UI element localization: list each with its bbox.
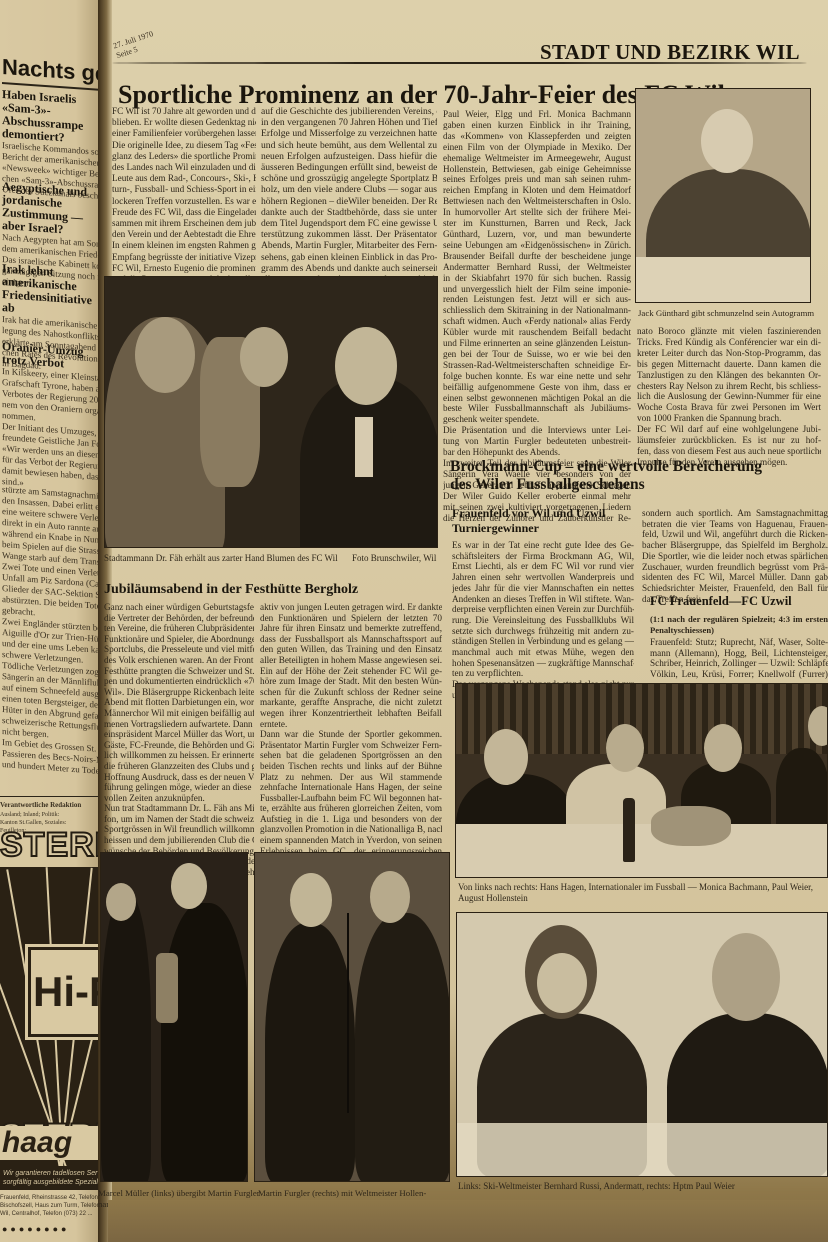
text-line: einen selbst gewonnenen mächtigen Pokal …	[443, 393, 631, 404]
text-line: in den vergangenen 70 Jahren Höhen und T…	[261, 117, 437, 128]
desk-surface	[108, 1200, 828, 1242]
text-line: sammen mit ihrem Erscheinen dem jubilier…	[112, 218, 256, 229]
text-line: Bettwiesen nach den Weltmeisterschaften …	[443, 196, 631, 207]
text-line: Tanzlustigen zu den Klängen des bekannte…	[637, 370, 821, 381]
text-line: Brausender Beifall durfte der bescheiden…	[443, 251, 631, 262]
text-line: Dann war die Stunde der Sportler gekomme…	[260, 729, 442, 740]
text-line: einspräsident Marcel Müller das Wort, um…	[104, 729, 254, 740]
caption-line: Von links nach rechts: Hans Hagen, Inter…	[458, 882, 813, 893]
text-line: folge buchen konnte. Es war eine nette u…	[443, 371, 631, 382]
news-headline: Aegyptische und jordanische Zustimmung —…	[2, 180, 106, 239]
text-line: zehnfache Internationale Hans Hagen, der…	[260, 782, 442, 793]
ad-stereo-top: STEREO	[0, 826, 100, 865]
text-line: ten zu verpflichten.	[452, 668, 634, 679]
text-line: chesters Ray Nelson zu ihrem Recht, bis …	[637, 381, 821, 392]
text-line: blieben. Er wollte diesen Gedenktag nich…	[112, 117, 256, 128]
photo-russi-weier	[456, 912, 828, 1177]
lead-column-4: nato Boroco glänzte mit vielen faszinier…	[637, 326, 821, 468]
text-line: beiden Tischen rechts und links auf der …	[260, 761, 442, 772]
text-line: ten Vereine, die früheren Clubpräsidente…	[104, 623, 254, 634]
text-line: fon, um im Namen der Stadt die schweizer…	[104, 814, 254, 825]
text-line: Schriber, Heinrich, Zollinger — Uzwil: S…	[650, 658, 828, 669]
text-line: erntete.	[260, 719, 442, 730]
text-line: höre zum Image der Stadt. Mit den besten…	[260, 676, 442, 687]
ad-address: Wil, Centralhof, Telefon (073) 22 ...	[0, 1210, 107, 1218]
text-line: Funktionäre und Spieler, die Abordnungen…	[104, 634, 254, 645]
caption-line: Marcel Müller (links) übergibt Martin Fu…	[98, 1188, 260, 1199]
text-line: Ganz nach einer würdigen Geburtstagsfeie…	[104, 602, 254, 613]
text-line: gramm des Abends und dankte auch seiners…	[261, 263, 437, 274]
text-line: aller Beteiligten in hohem Masse angewie…	[260, 655, 442, 666]
text-line: Platz zu nehmen. Der aus Wil stammende	[260, 772, 442, 783]
text-line: schöne und grosszügig angelegte Sportpla…	[261, 173, 437, 184]
text-line: Männerchor Wil mit einigen beifällig auf…	[104, 708, 254, 719]
brockmann-headline: Brockmann-Cup – eine wertvolle Bereicher…	[450, 458, 762, 494]
text-line: Hollenstein, Bettwiesen, gab einige Gehe…	[443, 164, 631, 175]
text-line: FC Wil, Ernesto Eugenio die prominenten …	[112, 263, 256, 274]
text-line: Andermatter Bernhard Russi, der Weltmeis…	[443, 262, 631, 273]
text-line: Tricks. Fred Kündig als Conférencier war…	[637, 337, 821, 348]
photo-credit: Foto Brunschwiler, Wil	[352, 553, 436, 564]
text-line: markante, geraffte Ansprache, die nicht …	[260, 697, 442, 708]
text-line: führung gelingen möge, wieder an diese e…	[104, 782, 254, 793]
match-title: FC Frauenfeld—FC Uzwil	[650, 594, 792, 609]
caption-guenthard: Jack Günthard gibt schmunzelnd sein Auto…	[638, 308, 814, 319]
text-line: Völkin, Leu, Krüsi, Forrer; Knellwolf (F…	[650, 669, 828, 680]
text-line: Ein auf der Höhe der Zeit stehender FC W…	[260, 666, 442, 677]
text-line: seine Uebungen am «Eidgenössischen» in Z…	[443, 240, 631, 251]
hifi-advertisement: STEREO Hi-Fi STEREO haag Wir garantieren…	[0, 826, 100, 1236]
text-line: Der FC Wil darf auf eine wohlgelungene J…	[637, 424, 821, 435]
text-line: aktiv von jungen Leuten getragen wird. E…	[260, 602, 442, 613]
text-line: Erfolge und Misserfolge zu verzeichnen h…	[261, 128, 437, 139]
text-line: Sportclubs, die Presseleute und viel mit…	[104, 644, 254, 655]
caption-russi-weier: Links: Ski-Weltmeister Bernhard Russi, A…	[458, 1181, 735, 1192]
ad-dots-decoration: ●●●●●●●●	[2, 1224, 70, 1234]
text-line: Die originelle Idee, zu diesem Tag «Fest…	[112, 140, 256, 151]
text-line: neuen Erfolgen aufzusteigen. Dass hiefür…	[261, 151, 437, 162]
text-line: schaft widmen. Auch «Ferdy national» ali…	[443, 316, 631, 327]
text-line: den Verein und der Aebtestadt die Ehre e…	[112, 229, 256, 240]
ad-slogan: Wir garantieren tadellosen Service sorgf…	[0, 1166, 100, 1190]
text-line: einem spannenden Match in Yverdon, von s…	[260, 835, 442, 846]
text-line: das «Kommen» von Klassepferden und zeigt…	[443, 131, 631, 142]
text-line: terstützung zukommen lässt. Der Präsenta…	[261, 229, 437, 240]
caption-flowers: Stadtammann Dr. Fäh erhält aus zarter Ha…	[104, 553, 338, 564]
ad-slogan-line: sorgfältig ausgebildete Spezialisten	[3, 1178, 97, 1187]
text-line: Andenken an dieses Treffen in Wil stifte…	[452, 594, 634, 605]
text-line: gen bei der Tour de Suisse, wo er wie be…	[443, 349, 631, 360]
text-line: sehens, gab einen kleinen Einblick in da…	[261, 252, 437, 263]
text-line: des Landes nach Wil einzuladen und die	[112, 162, 256, 173]
text-line: tung von Martin Furgler bedeuteten unbes…	[443, 436, 631, 447]
photo-guenthard-autograph	[635, 88, 811, 303]
text-line: sehen bat die geladenen Sportgrössen an …	[260, 750, 442, 761]
text-line: pen und dokumentierten eindrücklich «70 …	[104, 676, 254, 687]
subhead-line: Turniergewinner	[452, 521, 605, 536]
text-line: Die Präsentation und die Interviews unte…	[443, 425, 631, 436]
text-line: von 1000 Franken die Spannung brach.	[637, 413, 821, 424]
text-line: läumsfeier zurückblicken. Es ist nur zu …	[637, 435, 821, 446]
text-line: den Funktionären und Spielern der letzte…	[260, 613, 442, 624]
text-line: holz, um den viele andere Clubs — sogar …	[261, 184, 437, 195]
text-line: den guten Willen, das Training und den E…	[260, 644, 442, 655]
text-line: Gäste, FC-Freunde, die Behörden und Gäst…	[104, 740, 254, 751]
text-line: sondern auch sportlich. Am Samstagnachmi…	[642, 508, 828, 519]
ad-address: Frauenfeld, Rheinstrasse 42, Telefon ...	[0, 1194, 107, 1202]
text-line: lich die Auslosung der Gewinn-Nummer für…	[637, 391, 821, 402]
text-line: Strassen-Rad-Weltmeisterschaften schneid…	[443, 360, 631, 371]
text-line: Präsentator Martin Furgler vom Schweizer…	[260, 740, 442, 751]
text-line: in der Skiabfahrt 1970 für sich buchen. …	[443, 273, 631, 284]
text-line: Penaltyschiessen)	[650, 625, 828, 636]
text-line: (1:1 nach der regulären Spielzeit; 4:3 i…	[650, 614, 828, 625]
headline-line: Brockmann-Cup – eine wertvolle Bereicher…	[450, 458, 762, 476]
text-line: Die Sportler, wie die leider noch etwas …	[642, 551, 828, 562]
left-page-content: Nachts gemeldet Haben Israelis «Sam-3»-A…	[2, 0, 102, 7]
news-headline: Irak lehnt amerikanische Friedensinitiat…	[2, 262, 106, 321]
text-line: vollen Zeiten anzuknüpfen.	[104, 793, 254, 804]
text-line: betraten die vier Teams von Haguenau, Fr…	[642, 519, 828, 530]
text-line: gaben einen kurzen Einblick in ihr Train…	[443, 120, 631, 131]
text-line: Fussballer-Laufbahn beim FC Wil begonnen…	[260, 793, 442, 804]
brockmann-column-1: Es war in der Tat eine recht gute Idee d…	[452, 540, 634, 701]
text-line: mann (Allemann), Hogg, Beil, Lichtenstei…	[650, 648, 828, 659]
text-line: die Vertreter der Behörden, der befreund…	[104, 613, 254, 624]
text-line: äusseren Bedingungen erfüllt sind, bewei…	[261, 162, 437, 173]
text-line: Hoffnung Ausdruck, dass es der neuen Ver…	[104, 772, 254, 783]
text-line: bar den Höhepunkt des Abends.	[443, 447, 631, 458]
text-line: jedes Jahr für die vier Mannschaften ein…	[452, 583, 634, 594]
ad-brand: haag	[0, 1126, 100, 1160]
text-line: Nun trat Stadtammann Dr. L. Fäh ans Mikr…	[104, 803, 254, 814]
text-line: nato Boroco glänzte mit vielen faszinier…	[637, 326, 821, 337]
text-line: heissen und dem jubilierenden Club die G…	[104, 835, 254, 846]
ad-addresses: Frauenfeld, Rheinstrasse 42, Telefon ...…	[0, 1194, 107, 1218]
text-line: glanz des Leders» die sportliche Promine…	[112, 151, 256, 162]
text-line: auf die Geschichte des jubilierenden Ver…	[261, 106, 437, 117]
caption-line: Martin Furgler (rechts) mit Weltmeister …	[258, 1188, 426, 1199]
text-line: beste Wiler Fussballmannschaft als Jubil…	[443, 403, 631, 414]
imprint-line: Ausland; Inland; Politik:	[0, 811, 104, 819]
text-line: setzte sich durchwegs frühzeitig mit and…	[452, 626, 634, 637]
text-line: einer Familienfeier vorübergehen lassen.	[112, 128, 256, 139]
text-line: lich willkommen zu heissen. Er erinnerte…	[104, 750, 254, 761]
text-line: Empfang begrüsste der initiative Vizeprä…	[112, 252, 256, 263]
text-line: In einem kleinen im engsten Rahmen gehal…	[112, 240, 256, 251]
ad-slogan-line: Wir garantieren tadellosen Service	[3, 1169, 97, 1178]
text-line: rung. Die Vereinsleitung des Fussballklu…	[452, 615, 634, 626]
text-line: Ernst Liechti, als er dem FC Wil vor run…	[452, 561, 634, 572]
text-line: kreter Leiter durch das Non-Stop-Program…	[637, 348, 821, 359]
text-line: Jahre für ihren Einsatz und bemerkte zut…	[260, 623, 442, 634]
lead-column-1: FC Wil ist 70 Jahre alt geworden und doc…	[112, 106, 256, 296]
section-rule	[112, 62, 807, 64]
text-line: ständigen Stellen in Verbindung und es g…	[452, 636, 634, 647]
text-line: Wil». Die Bläsergruppe Rickenbach leitet…	[104, 687, 254, 698]
text-line: lockeren Treffen vorzustellen. Es war ei…	[112, 196, 256, 207]
headline-line: des Wiler Fussballgeschehens	[450, 476, 762, 494]
lead-column-2: auf die Geschichte des jubilierenden Ver…	[261, 106, 437, 296]
photo-furgler-hollenstein	[254, 852, 450, 1182]
text-line: Schiedsrichter Meister, Frauenfeld, den …	[642, 583, 828, 594]
text-line: ehemalige Weltmeister im Armeegewehr, Au…	[443, 153, 631, 164]
text-line: seines Erfolges preis und man sah seinen…	[443, 174, 631, 185]
text-line: Günthard, Luzern, vor, und man bewundert…	[443, 229, 631, 240]
news-headline: Haben Israelis «Sam-3»-Abschussrampe dem…	[2, 88, 106, 147]
text-line: derpreise verpflichten einen Verein zur …	[452, 604, 634, 615]
photo-guests-table	[455, 683, 828, 878]
ad-hifi-box: Hi-Fi	[28, 947, 100, 1037]
jubilee-column-1: Ganz nach einer würdigen Geburtstagsfeie…	[104, 602, 254, 877]
news-item-oranier: Oranier-Umzug trotz Verbot In Kilskeery,…	[2, 340, 106, 494]
photo-mueller-trophy	[100, 852, 248, 1182]
text-line: die früheren Glanzzeiten des Clubs und g…	[104, 761, 254, 772]
text-line: In humorvoller Art stellte sich der früh…	[443, 207, 631, 218]
ad-hifi-label: Hi-Fi	[33, 968, 100, 1016]
subhead-line: Frauenfeld vor Wil und Uzwil	[452, 506, 605, 521]
text-line: glanzvollen Promotion in die Nationallig…	[260, 824, 442, 835]
text-line: Abends, Martin Furgler, Mitarbeiter des …	[261, 240, 437, 251]
text-line: und unvergesslich hielt der Film seine i…	[443, 284, 631, 295]
text-line: renden Leistungen fest. Jetzt will er si…	[443, 294, 631, 305]
text-line: reichen Empfang in Kloten und dem Heimat…	[443, 185, 631, 196]
jubilee-headline: Jubiläumsabend in der Festhütte Bergholz	[104, 582, 358, 598]
text-line: hohen Spesenansätzen — zugkräftige Manns…	[452, 658, 634, 669]
photo-flowers-handover	[104, 276, 438, 548]
brockmann-column-2: sondern auch sportlich. Am Samstagnachmi…	[642, 508, 828, 604]
caption-line: August Hollenstein	[458, 893, 813, 904]
text-line: fen, dass von diesem Fest aus auch neue …	[637, 446, 821, 457]
text-line: dem Titel Jugendsport dem FC eine gewiss…	[261, 218, 437, 229]
text-line: Abend mit flotten Darbietungen ein, wora…	[104, 697, 254, 708]
text-line: Sportgrössen in Wil freundlich willkomme…	[104, 824, 254, 835]
text-line: Freude des FC Wil, dass die Eingeladenen…	[112, 207, 256, 218]
text-line: wegen ihrer Konzentriertheit lebhaften B…	[260, 708, 442, 719]
text-line: Aufstieg in die 1. Liga und besonders vo…	[260, 814, 442, 825]
text-line: sidenten des FC Wil, Marcel Müller. Dann…	[642, 572, 828, 583]
brockmann-subhead: Frauenfeld vor Wil und Uzwil Turniergewi…	[452, 506, 605, 536]
text-line: Zuschauer, wurden freundlich begrüsst vo…	[642, 562, 828, 573]
text-line: dankte auch der Stadtbehörde, dass sie u…	[261, 207, 437, 218]
text-line: dass der Fussballsport als Mannschaftssp…	[260, 634, 442, 645]
ad-address: Bischofszell, Haus zum Turm, Telefon ...	[0, 1202, 107, 1210]
text-line: turn-, Fussball- und Schiess-Sport in ei…	[112, 184, 256, 195]
text-line: Paul Weier, Elgg und Frl. Monica Bachman…	[443, 109, 631, 120]
text-line: ster im Kunstturnen, Barren und Reck, Ja…	[443, 218, 631, 229]
match-note: (1:1 nach der regulären Spielzeit; 4:3 i…	[650, 614, 828, 635]
text-line: schliesslich dem Skitraining in der Nati…	[443, 305, 631, 316]
caption-guests-table: Von links nach rechts: Hans Hagen, Inter…	[458, 882, 813, 904]
text-line: FC Wil ist 70 Jahre alt geworden und doc…	[112, 106, 256, 117]
text-line: und Filme erinnerten an seine glänzenden…	[443, 338, 631, 349]
text-line: Es war in der Tat eine recht gute Idee d…	[452, 540, 634, 551]
text-line: te, erzählte aus früheren glorreichen Ze…	[260, 803, 442, 814]
text-line: Jahren einen sehr wertvollen Wanderpreis…	[452, 572, 634, 583]
text-line: manchmal auch mit etwas Mühe, wegen den	[452, 647, 634, 658]
text-line: bacher Bläsergruppe, das Spielfeld im Be…	[642, 540, 828, 551]
match-lineup: Frauenfeld: Stutz; Ruprecht, Näf, Waser,…	[650, 637, 828, 680]
text-line: und sich heute bemüht, aus dem Wellental…	[261, 140, 437, 151]
text-line: höhern Regionen – dieWiler beneiden. Der…	[261, 196, 437, 207]
left-newspaper-page: Nachts gemeldet Haben Israelis «Sam-3»-A…	[0, 0, 108, 1242]
text-line: Kübler wurde mit rauschendem Beifall bed…	[443, 327, 631, 338]
text-line: Frauenfeld: Stutz; Ruprecht, Näf, Waser,…	[650, 637, 828, 648]
text-line: geschenk weiter spendete.	[443, 414, 631, 425]
text-line: bis gegen Mitternacht dauerte. Dann kame…	[637, 359, 821, 370]
text-line: beifällig aufgenommene Geste von ihm, da…	[443, 382, 631, 393]
text-line: menen Vortragsliedern aufwartete. Dann e…	[104, 719, 254, 730]
text-line: einen Film von der Olympiade in Mexiko. …	[443, 142, 631, 153]
jubilee-column-2: aktiv von jungen Leuten getragen wird. E…	[260, 602, 442, 877]
text-line: feld, Uzwil und Wil, angeführt durch die…	[642, 529, 828, 540]
text-line: Woche Costa Brava für zwei Personen im W…	[637, 402, 821, 413]
imprint-title: Verantwortliche Redaktion	[0, 800, 104, 811]
text-line: schäftsleiters der Firma Brockmann AG, W…	[452, 551, 634, 562]
text-line: schen für die Zukunft schloss der Redner…	[260, 687, 442, 698]
text-line: Festhütte prangten die Schweizer und St.…	[104, 666, 254, 677]
text-line: Leute aus dem Rad-, Concours-, Ski-, Kun…	[112, 173, 256, 184]
text-line: des Volk erschienen waren. An der Front …	[104, 655, 254, 666]
news-item-accidents: stürzte am Samstagnachmittag den Insasse…	[2, 484, 106, 777]
